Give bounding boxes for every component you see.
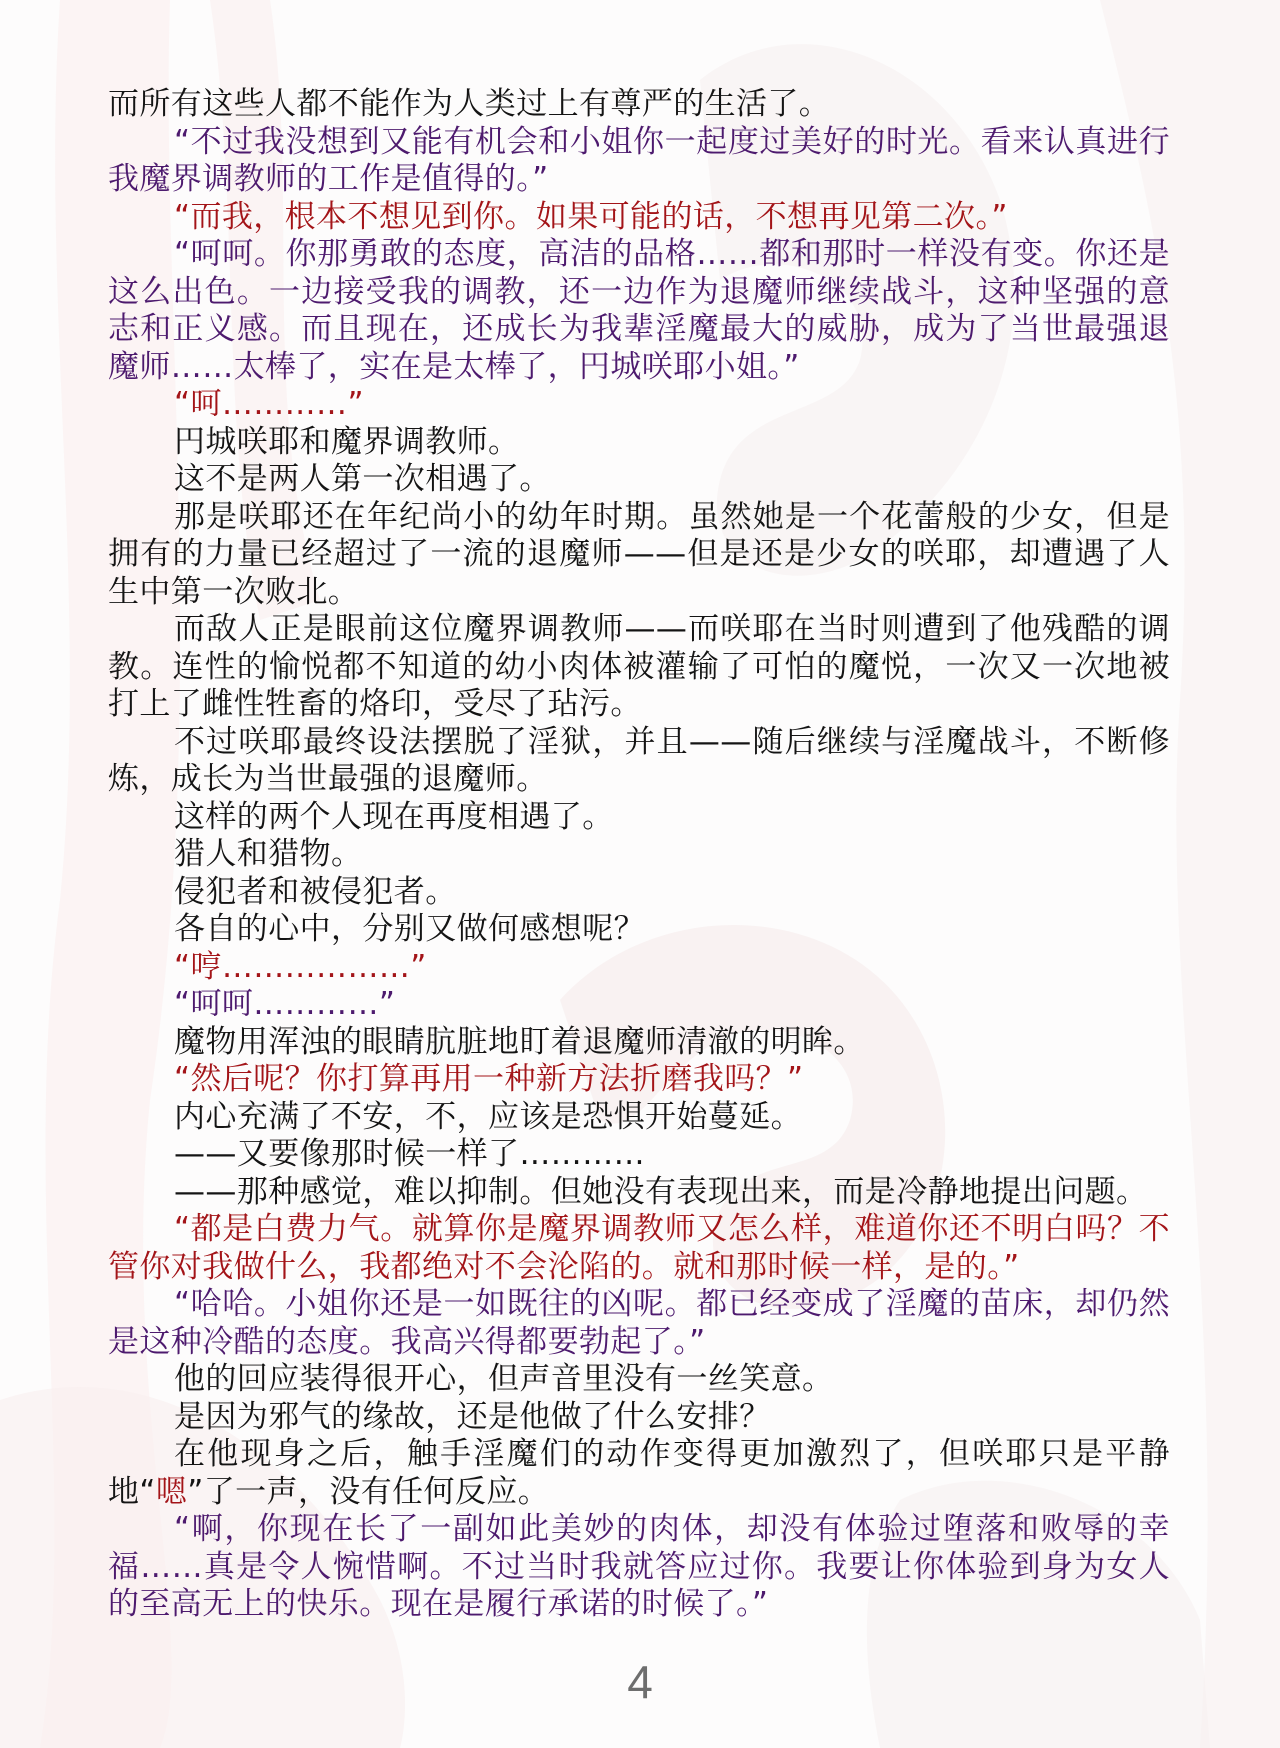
paragraph-heroine-dialogue: “然后呢？你打算再用一种新方法折磨我吗？” bbox=[108, 1061, 1170, 1099]
paragraph-villain-dialogue: “哈哈。小姐你还是一如既往的凶呢。都已经变成了淫魔的苗床，却仍然是这种冷酷的态度… bbox=[108, 1286, 1170, 1361]
paragraph-narration: 那是咲耶还在年纪尚小的幼年时期。虽然她是一个花蕾般的少女，但是拥有的力量已经超过… bbox=[108, 499, 1170, 612]
paragraph-narration: 猎人和猎物。 bbox=[108, 836, 1170, 874]
paragraph-narration: 是因为邪气的缘故，还是他做了什么安排？ bbox=[108, 1399, 1170, 1437]
paragraph-heroine-dialogue: “都是白费力气。就算你是魔界调教师又怎么样，难道你还不明白吗？不管你对我做什么，… bbox=[108, 1211, 1170, 1286]
paragraph-villain-dialogue: “呵呵…………” bbox=[108, 986, 1170, 1024]
paragraph-narration: 不过咲耶最终设法摆脱了淫狱，并且——随后继续与淫魔战斗，不断修炼，成长为当世最强… bbox=[108, 724, 1170, 799]
paragraph-narration: 円城咲耶和魔界调教师。 bbox=[108, 424, 1170, 462]
paragraph-narration: ——又要像那时候一样了………… bbox=[108, 1136, 1170, 1174]
paragraph-narration: 内心充满了不安，不，应该是恐惧开始蔓延。 bbox=[108, 1099, 1170, 1137]
heroine-interjection: 嗯 bbox=[156, 1474, 187, 1510]
paragraph-heroine-dialogue: “哼………………” bbox=[108, 949, 1170, 987]
paragraph-narration: 各自的心中，分别又做何感想呢？ bbox=[108, 911, 1170, 949]
paragraph-narration: 侵犯者和被侵犯者。 bbox=[108, 874, 1170, 912]
paragraph-villain-dialogue: “啊，你现在长了一副如此美妙的肉体，却没有体验过堕落和败辱的幸福……真是令人惋惜… bbox=[108, 1511, 1170, 1624]
paragraph-villain-dialogue: “呵呵。你那勇敢的态度，高洁的品格……都和那时一样没有变。你还是这么出色。一边接… bbox=[108, 236, 1170, 386]
narration-text: ”了一声，没有任何反应。 bbox=[187, 1474, 549, 1510]
paragraph-narration: 而敌人正是眼前这位魔界调教师——而咲耶在当时则遭到了他残酷的调教。连性的愉悦都不… bbox=[108, 611, 1170, 724]
document-body: 而所有这些人都不能作为人类过上有尊严的生活了。 “不过我没想到又能有机会和小姐你… bbox=[108, 86, 1170, 1624]
paragraph-narration: ——那种感觉，难以抑制。但她没有表现出来，而是冷静地提出问题。 bbox=[108, 1174, 1170, 1212]
paragraph-narration: 而所有这些人都不能作为人类过上有尊严的生活了。 bbox=[108, 86, 1170, 124]
paragraph-narration: 这不是两人第一次相遇了。 bbox=[108, 461, 1170, 499]
paragraph-narration: 这样的两个人现在再度相遇了。 bbox=[108, 799, 1170, 837]
page-number: 4 bbox=[0, 1655, 1280, 1709]
paragraph-narration: 他的回应装得很开心，但声音里没有一丝笑意。 bbox=[108, 1361, 1170, 1399]
paragraph-narration: 魔物用浑浊的眼睛肮脏地盯着退魔师清澈的明眸。 bbox=[108, 1024, 1170, 1062]
paragraph-villain-dialogue: “不过我没想到又能有机会和小姐你一起度过美好的时光。看来认真进行我魔界调教师的工… bbox=[108, 124, 1170, 199]
paragraph-heroine-dialogue: “而我，根本不想见到你。如果可能的话，不想再见第二次。” bbox=[108, 199, 1170, 237]
paragraph-heroine-dialogue: “呵…………” bbox=[108, 386, 1170, 424]
paragraph-narration-mixed: 在他现身之后，触手淫魔们的动作变得更加激烈了，但咲耶只是平静地“嗯”了一声，没有… bbox=[108, 1436, 1170, 1511]
